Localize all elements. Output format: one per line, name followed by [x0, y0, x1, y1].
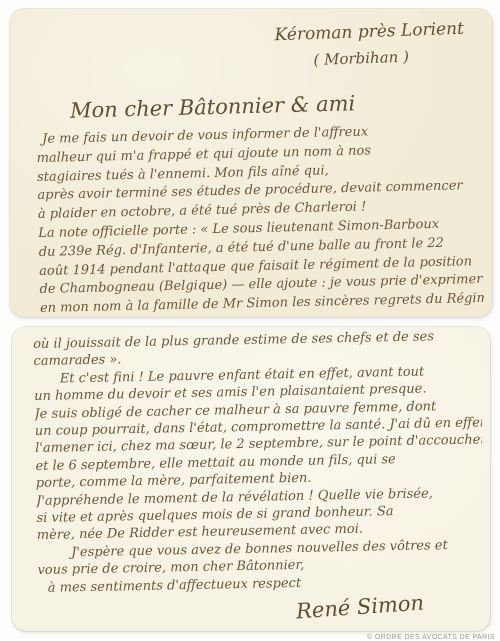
letter-signature: René Simon: [295, 591, 424, 624]
letter-page-2: où il jouissait de la plus grande estime…: [12, 327, 490, 631]
letter-place-heading: Kéroman près Lorient ( Morbihan ): [274, 16, 465, 75]
letter-salutation: Mon cher Bâtonnier & ami: [70, 91, 356, 122]
letter-body-page-1: Je me fais un devoir de vous informer de…: [36, 121, 484, 317]
letter-body-page-2: où il jouissait de la plus grande estime…: [33, 327, 485, 597]
letter-page-1: Kéroman près Lorient ( Morbihan ) Mon ch…: [10, 9, 492, 317]
copyright-credit: © ORDRE DES AVOCATS DE PARIS: [367, 634, 495, 641]
scanned-letter: Kéroman près Lorient ( Morbihan ) Mon ch…: [0, 0, 500, 641]
